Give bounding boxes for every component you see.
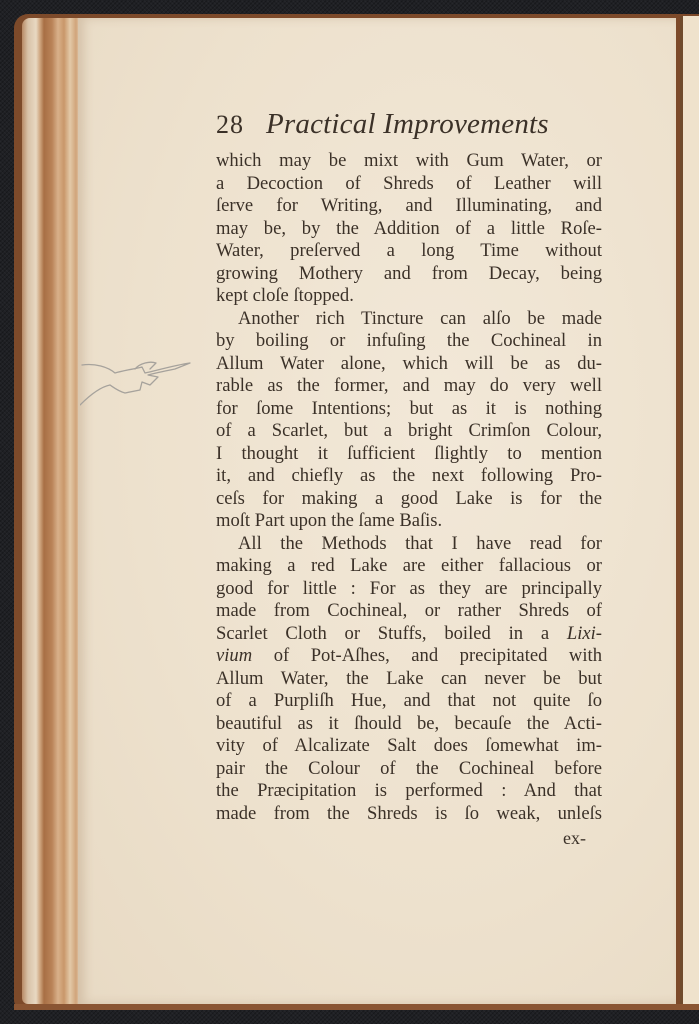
text-line: made from Cochineal, or rather Shreds of	[216, 600, 602, 623]
text-line: moſt Part upon the ſame Baſis.	[216, 510, 602, 533]
text-line: may be, by the Addition of a little Roſe…	[216, 218, 602, 241]
paragraph-1: which may be mixt with Gum Water, or a D…	[216, 150, 602, 308]
text-line: made from the Shreds is ſo weak, unleſs	[216, 803, 602, 826]
text-line: vity of Alcalizate Salt does ſomewhat im…	[216, 735, 602, 758]
text-line: by boiling or infuſing the Cochineal in	[216, 330, 602, 353]
text-line: pair the Colour of the Cochineal before	[216, 758, 602, 781]
facing-page-edge	[680, 16, 699, 1006]
page-text: 28 Practical Improvements which may be m…	[216, 108, 602, 849]
text-line: of a Purpliſh Hue, and that not quite ſo	[216, 690, 602, 713]
text-line: Scarlet Cloth or Stuffs, boiled in a Lix…	[216, 623, 602, 646]
page-number: 28	[216, 110, 244, 140]
text-line: growing Mothery and from Decay, being	[216, 263, 602, 286]
italic-term: vium	[216, 645, 252, 666]
text-line: ſerve for Writing, and Illuminating, and	[216, 195, 602, 218]
text-line: kept cloſe ſtopped.	[216, 285, 602, 308]
text-line: making a red Lake are either fallacious …	[216, 555, 602, 578]
text-line: Allum Water, the Lake can never be but	[216, 668, 602, 691]
text-line: of a Scarlet, but a bright Crimſon Colou…	[216, 420, 602, 443]
text-line: I thought it ſufficient ſlightly to ment…	[216, 443, 602, 466]
text-line: Another rich Tincture can alſo be made	[216, 308, 602, 331]
text-line: rable as the former, and may do very wel…	[216, 375, 602, 398]
catchword: ex-	[216, 827, 602, 849]
paragraph-3: All the Methods that I have read for mak…	[216, 533, 602, 826]
text-line: good for little : For as they are princi…	[216, 578, 602, 601]
text-line: the Præcipitation is performed : And tha…	[216, 780, 602, 803]
pencil-manicule-icon	[80, 345, 200, 425]
running-title: Practical Improvements	[266, 108, 549, 141]
text-line: for ſome Intentions; but as it is nothin…	[216, 398, 602, 421]
text-line: Water, preſerved a long Time without	[216, 240, 602, 263]
text-line: a Decoction of Shreds of Leather will	[216, 173, 602, 196]
text-line: All the Methods that I have read for	[216, 533, 602, 556]
text-line: Allum Water alone, which will be as du-	[216, 353, 602, 376]
text-line: ceſs for making a good Lake is for the	[216, 488, 602, 511]
text-line: which may be mixt with Gum Water, or	[216, 150, 602, 173]
paragraph-2: Another rich Tincture can alſo be made b…	[216, 308, 602, 533]
text-line: vium of Pot-Aſhes, and precipitated with	[216, 645, 602, 668]
text-line: it, and chiefly as the next following Pr…	[216, 465, 602, 488]
cover-bottom-edge	[14, 1004, 699, 1010]
text-line: beautiful as it ſhould be, becauſe the A…	[216, 713, 602, 736]
page-edges	[22, 18, 82, 1004]
italic-term: Lixi-	[567, 623, 602, 644]
running-header: 28 Practical Improvements	[216, 108, 602, 150]
